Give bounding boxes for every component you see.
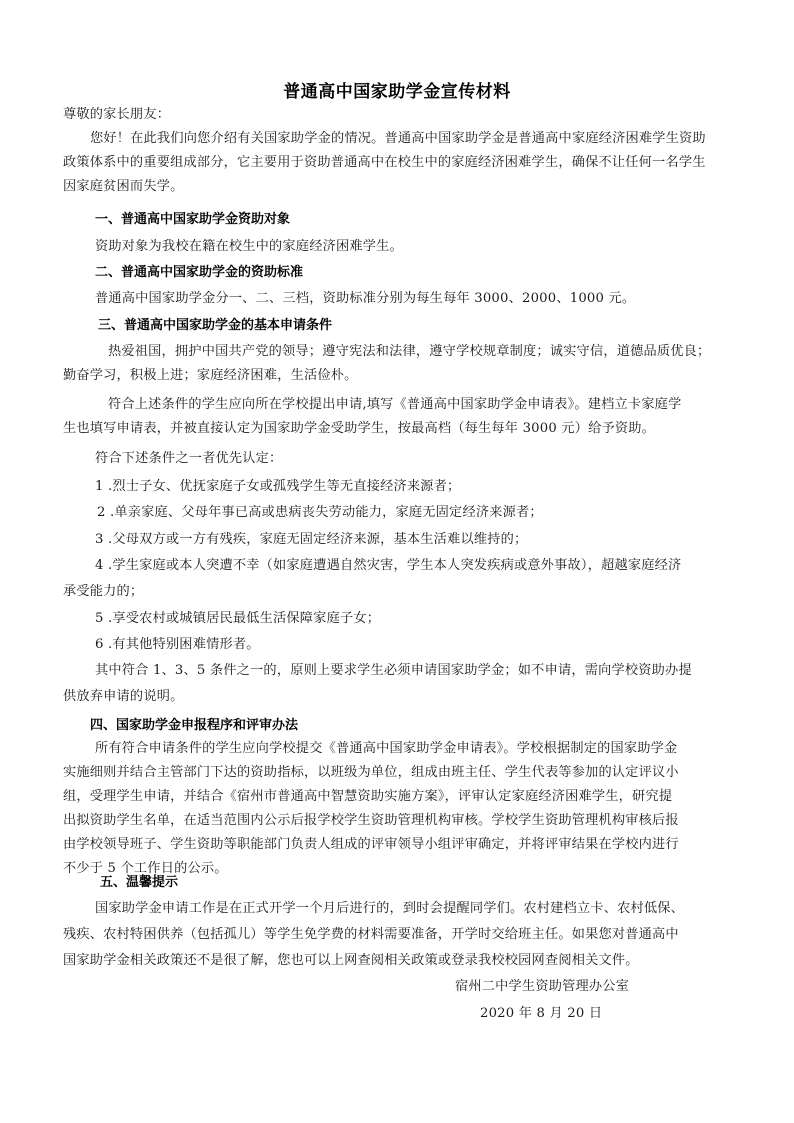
section-3-line: 符合上述条件的学生应向所在学校提出申请,填写《普通高中国家助学金申请表》。建档立…: [108, 396, 681, 414]
section-4-line: 由学校领导班子、学生资助等职能部门负责人组成的评审领导小组评审确定，并将评审结果…: [63, 836, 679, 854]
section-4-line: 实施细则并结合主管部门下达的资助指标，以班级为单位，组成由班主任、学生代表等参加…: [63, 764, 679, 782]
section-heading-5: 五、温馨提示: [100, 874, 178, 892]
section-3-line: 热爱祖国，拥护中国共产党的领导；遵守宪法和法律，遵守学校规章制度；诚实守信，道德…: [108, 343, 710, 361]
section-2-line: 普通高中国家助学金分一、二、三档，资助标准分别为每生每年 3000、2000、1…: [95, 290, 635, 308]
section-heading-1: 一、普通高中国家助学金资助对象: [95, 211, 290, 229]
section-heading-2: 二、普通高中国家助学金的资助标准: [95, 264, 303, 282]
section-3-note: 其中符合 1、3、5 条件之一的，原则上要求学生必须申请国家助学金；如不申请，需…: [95, 662, 692, 680]
section-3-line: 勤奋学习，积极上进；家庭经济困难，生活俭朴。: [63, 367, 358, 385]
section-4-line: 组，受理学生申请，并结合《宿州市普通高中智慧资助实施方案》，评审认定家庭经济困难…: [63, 788, 672, 806]
section-heading-4: 四、国家助学金申报程序和评审办法: [90, 717, 298, 735]
salutation: 尊敬的家长朋友：: [63, 106, 170, 124]
section-heading-3: 三、普通高中国家助学金的基本申请条件: [98, 317, 332, 335]
priority-item-6: 6 .有其他特别困难情形者。: [95, 636, 260, 654]
intro-line: 您好！在此我们向您介绍有关国家助学金的情况。普通高中国家助学金是普通高中家庭经济…: [90, 130, 706, 148]
intro-line: 政策体系中的重要组成部分，它主要用于资助普通高中在校生中的家庭经济困难学生，确保…: [63, 154, 706, 172]
signature-date: 2020 年 8 月 20 日: [480, 1005, 602, 1023]
priority-item-2: 2 .单亲家庭、父母年事已高或患病丧失劳动能力，家庭无固定经济来源者；: [97, 504, 543, 522]
section-5-line: 国家助学金相关政策还不是很了解，您也可以上网查阅相关政策或登录我校校园网查阅相关…: [63, 952, 639, 970]
section-4-line: 所有符合申请条件的学生应向学校提交《普通高中国家助学金申请表》。学校根据制定的国…: [95, 740, 677, 758]
section-3-line: 生也填写申请表，并被直接认定为国家助学金受助学生，按最高档（每生每年 3000 …: [63, 420, 655, 438]
section-3-note-cont: 供放弃申请的说明。: [63, 688, 184, 706]
priority-item-3: 3 .父母双方或一方有残疾，家庭无固定经济来源，基本生活难以维持的；: [95, 531, 527, 549]
section-4-line: 出拟资助学生名单，在适当范围内公示后报学校学生资助管理机构审核。学校学生资助管理…: [63, 812, 679, 830]
document-title: 普通高中国家助学金宣传材料: [0, 77, 794, 102]
priority-item-5: 5 .享受农村或城镇居民最低生活保障家庭子女；: [95, 610, 380, 628]
section-1-line: 资助对象为我校在籍在校生中的家庭经济困难学生。: [95, 238, 403, 256]
priority-item-4: 4 .学生家庭或本人突遭不幸（如家庭遭遇自然灾害，学生本人突发疾病或意外事故），…: [95, 557, 681, 575]
priority-item-1: 1 .烈士子女、优抚家庭子女或孤残学生等无直接经济来源者；: [95, 478, 460, 496]
document-page: 普通高中国家助学金宣传材料 尊敬的家长朋友： 您好！在此我们向您介绍有关国家助学…: [0, 0, 794, 1123]
signature-office: 宿州二中学生资助管理办公室: [455, 978, 629, 996]
priority-intro: 符合下述条件之一者优先认定：: [95, 450, 282, 468]
section-5-line: 残疾、农村特困供养（包括孤儿）等学生免学费的材料需要准备，开学时交给班主任。如果…: [63, 926, 679, 944]
intro-line: 因家庭贫困而失学。: [63, 178, 184, 196]
priority-item-4-cont: 承受能力的；: [63, 583, 143, 601]
section-5-line: 国家助学金申请工作是在正式开学一个月后进行的，到时会提醒同学们。农村建档立卡、农…: [95, 900, 684, 918]
